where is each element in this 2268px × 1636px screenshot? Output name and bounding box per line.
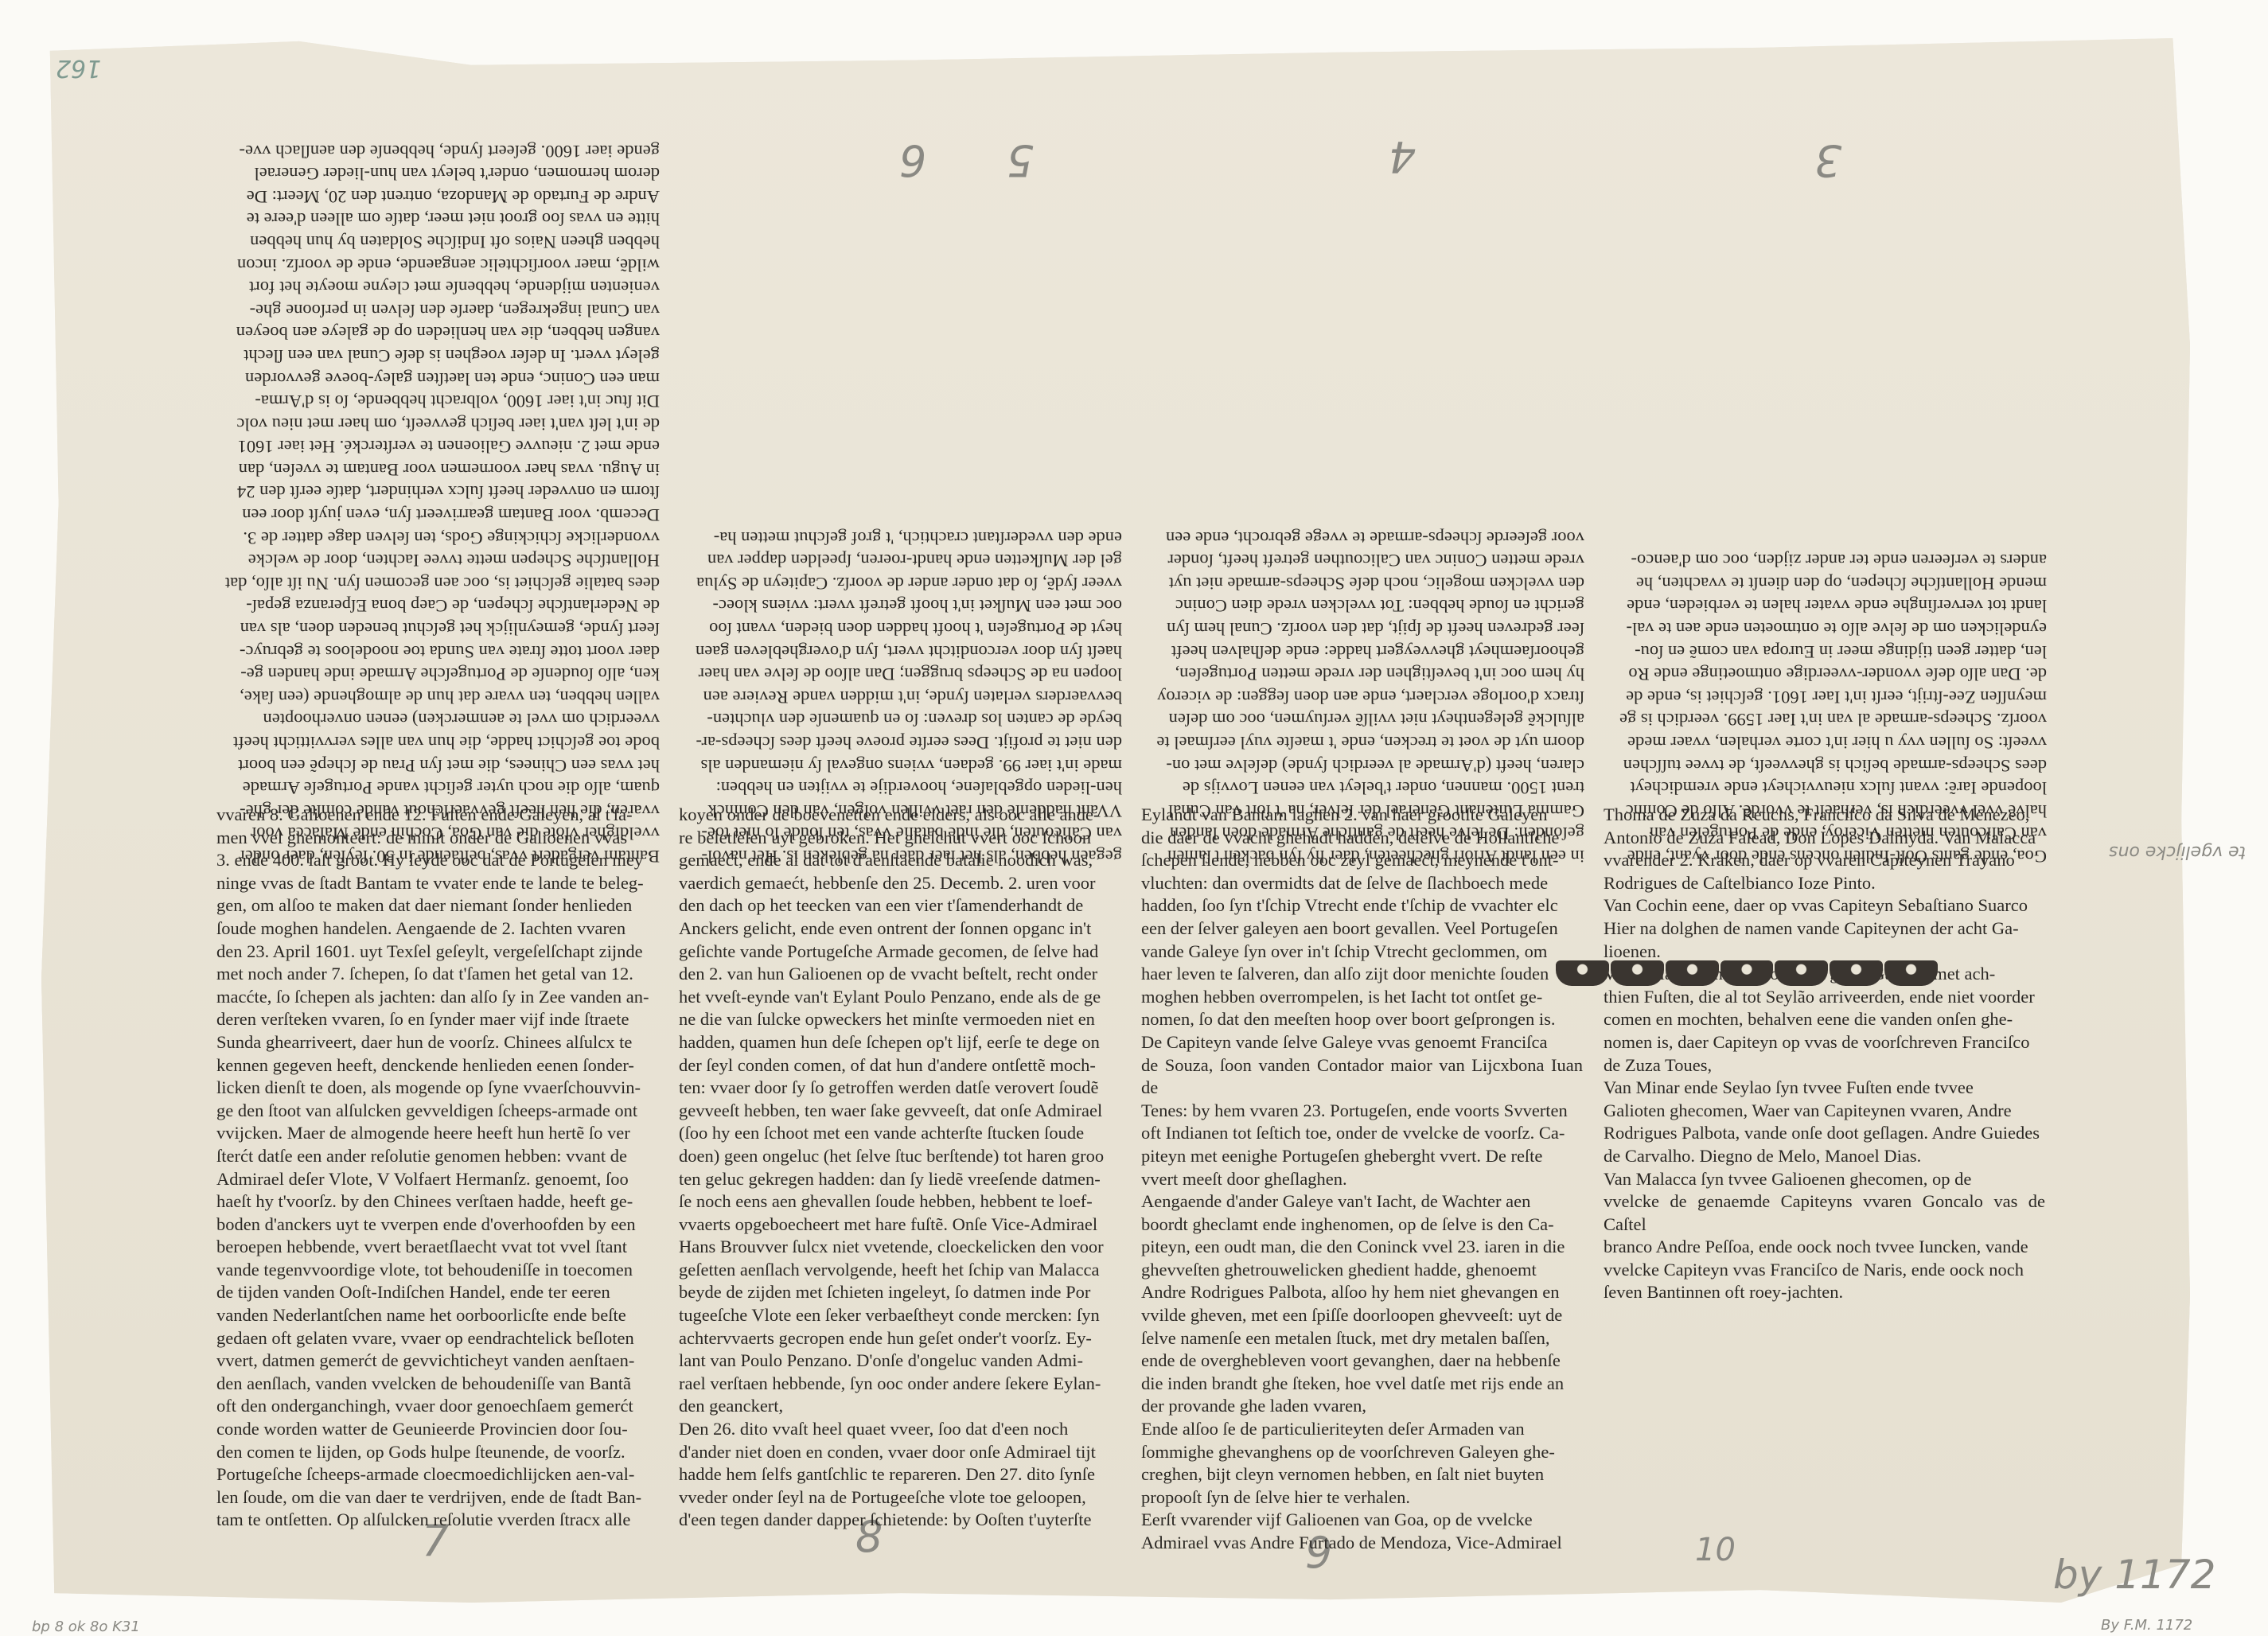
text-line: hy hem ooc in't beveſtighen der vrede me…: [1143, 663, 1584, 686]
text-line: ſchepen ſiende, hebben ooc zeyl gemaećt,…: [1141, 849, 1583, 872]
text-line: ende met 2. nieuvve Galioenen te verſter…: [218, 435, 660, 458]
text-line: claren, heeft (d'Armade al veerdich ſynd…: [1143, 754, 1584, 777]
text-line: wildẽ, maer voorſichtelic aengaende, end…: [218, 253, 660, 276]
text-line: in Augu. vvas haer voornemen voor Bantam…: [218, 458, 660, 481]
text-line: Van Malacca ſyn tvvee Galioenen ghecomen…: [1604, 1168, 2045, 1191]
text-line: gel der Muſketten ende handt-roeren, ſpe…: [680, 549, 1122, 572]
text-column-5: gegaen hebben, als het iaer daer na gebl…: [680, 139, 1122, 867]
text-line: vvert meeſt door gheſlaghen.: [1141, 1168, 1583, 1191]
text-line: die daer de vvacht ghehadt hadden, deſel…: [1141, 827, 1583, 850]
text-line: achtervvaerts gecropen ende hun geſet on…: [679, 1327, 1120, 1350]
text-line: tugeeſche Vlote een ſeker verbaeſtheyt c…: [679, 1304, 1120, 1327]
pencil-margin-note: te vgelijcke ons: [2109, 842, 2246, 862]
text-line: quam, alſo die noch uyter geſicht vande …: [218, 777, 660, 800]
text-line: vveder onder ſeyl na de Portugeeſche vlo…: [679, 1486, 1120, 1509]
text-line: den vvelcken mogelic, noch deſe Scheeps-…: [1143, 571, 1584, 594]
text-line: vvelcke de genaemde Capiteyns vvaren Gon…: [1604, 1190, 2045, 1236]
text-line: ſtorm en onvveder heeft ſulcx verhindert…: [218, 481, 660, 504]
text-line: licken dienſt te doen, als mogende op ſy…: [216, 1077, 658, 1100]
text-line: gehoorſaemheyt ghevveygert hadde: ende d…: [1143, 640, 1584, 663]
text-line: ende de overghebleven voort gevanghen, d…: [1141, 1350, 1583, 1373]
upper-text-block-inverted: Goa, ende gants Ooſt-Indien oncens ende …: [216, 139, 2047, 867]
fleuron-icon: [1884, 960, 1938, 986]
text-line: branco Andre Peſſoa, ende oock noch tvve…: [1604, 1236, 2045, 1259]
text-line: d'ander niet doen en conden, vvaer door …: [679, 1441, 1120, 1464]
text-line: doorn uyt de voet te trecken, ende 't ma…: [1143, 730, 1584, 754]
pencil-inventory-number: by 1172: [2053, 1552, 2215, 1598]
text-line: der provande ghe laden vvaren,: [1141, 1395, 1583, 1418]
text-line: meynſſen Zee-ſtrijt, eerſt in't Iaer 160…: [1605, 685, 2047, 708]
text-line: ge den ſtoot van alſulcken gevveldigen ſ…: [216, 1100, 658, 1123]
text-line: tam te ontſetten. Op alſulcken reſolutie…: [216, 1509, 658, 1532]
text-line: landt tot ververſinghe ende vvater halen…: [1605, 594, 2047, 617]
text-line: man een Coninc, ende ten laetſten galey-…: [218, 367, 660, 390]
text-line: vvaren 8. Galioenen ende 12. Fuſten ende…: [216, 804, 658, 827]
text-line: comen en mochten, behalven eene die vand…: [1604, 1008, 2045, 1031]
text-line: loopen na de Scheeps bruggen; Dan alſoo …: [680, 663, 1122, 686]
text-line: boden d'anckers uyt te vverpen ende d'ov…: [216, 1213, 658, 1237]
text-line: ooc met een Muſket in't hooft getreft vv…: [680, 594, 1122, 617]
text-line: een der ſelver galeyen aen boort gevalle…: [1141, 917, 1583, 941]
text-line: beyde de zijden met ſchieten ingeleyt, ſ…: [679, 1281, 1120, 1304]
text-line: de. Dan alſo deſe vvonder-vveerdige ontm…: [1605, 663, 2047, 686]
fleuron-icon: [1556, 960, 1609, 986]
text-line: Andre de Furtado de Mandoza, ontrent den…: [218, 185, 660, 208]
text-line: ten geluc gekregen hadden: dan ſy liedẽ …: [679, 1168, 1120, 1191]
text-line: Thoma de Zuza da Reuchs, Franciſco da Si…: [1604, 804, 2045, 827]
text-column-6: Bantam vergadert vvas, beſtaende in 30. …: [218, 139, 660, 867]
text-line: ſelve namenſe een metalen ſtuck, met dry…: [1141, 1327, 1583, 1350]
text-line: vveeſt: So ſullen vvy u hier in't corte …: [1605, 730, 2047, 754]
text-line: eyndelicken om de ſelve alſo te ontmoete…: [1605, 617, 2047, 640]
text-line: lant van Poulo Penzano. D'onſe d'ongeluc…: [679, 1350, 1120, 1373]
text-line: Hans Brouvver ſulcx niet vvetende, cloec…: [679, 1236, 1120, 1259]
text-line: gende iaer 1600. geſeert ſynde, hebbenſe…: [218, 139, 660, 162]
text-line: De Capiteyn vande ſelve Galeye vvas geno…: [1141, 1031, 1583, 1054]
text-line: vangen hebben, die van henlieden op de g…: [218, 321, 660, 345]
text-line: Hollantſche Schepen mette tvvee Iachten,…: [218, 549, 660, 572]
text-line: geſichte vande Portugeſche Armade gecome…: [679, 941, 1120, 964]
text-line: die inden brandt ghe ſteken, hoe vvel da…: [1141, 1373, 1583, 1396]
text-line: hadden, quamen hun deſe ſchepen op't lij…: [679, 1031, 1120, 1054]
text-line: hebben gheen Naios oft Indiſche Soldaten…: [218, 230, 660, 253]
text-line: de tijden vanden Ooſt-Indiſchen Handel, …: [216, 1281, 658, 1304]
text-line: daer voort totte ſtrate van Sunda toe no…: [218, 640, 660, 663]
text-line: doen) geen ongeluc (het ſelve ſtuc berſt…: [679, 1145, 1120, 1168]
text-line: mende Hollantſche ſchepen, op den dienſt…: [1605, 571, 2047, 594]
text-line: len, datter geen tijdinge meer in Europa…: [1605, 640, 2047, 663]
text-line: Van Cochin eene, daer op vvas Capiteyn S…: [1604, 894, 2045, 917]
text-line: Ende alſoo ſe de particulieriteyten deſe…: [1141, 1418, 1583, 1441]
text-line: dees batalie geſchiet is, ooc aen gecome…: [218, 571, 660, 594]
text-line: anders te verſeeren ende ter ander zijde…: [1605, 549, 2047, 572]
text-line: d'een tegen dander dapper ſchietende: by…: [679, 1509, 1120, 1532]
text-line: vveerdich om vvel te aenmercken) eenen o…: [218, 708, 660, 731]
text-line: bevvaerders verlaten ſynde, in't midden …: [680, 685, 1122, 708]
text-line: ne die van ſulcke opweckers het minſte v…: [679, 1008, 1120, 1031]
text-column-8: koyen onder de boevenetten ende elders, …: [679, 804, 1120, 1555]
text-line: hitte en vvas ſoo groot niet meer, datſe…: [218, 208, 660, 231]
text-line: vvilde gheven, met een ſpiſſe doorloopen…: [1141, 1304, 1583, 1327]
fleuron-icon: [1720, 960, 1774, 986]
text-line: de in't leſt van't iaer beſich gevveeſt,…: [218, 412, 660, 435]
text-line: hadden, ſoo ſyn t'ſchip Vtrecht ende t'ſ…: [1141, 894, 1583, 917]
text-line: vallen hebben, ten vvare dat hun de almo…: [218, 685, 660, 708]
text-line: Van Minar ende Seylao ſyn tvvee Fuſten e…: [1604, 1077, 2045, 1100]
text-line: gevveeſt hebben, ten waer ſake gevveeſt,…: [679, 1100, 1120, 1123]
text-line: piteyn, een oudt man, die den Coninck vv…: [1141, 1236, 1583, 1259]
text-line: Admirael vvas Andre Furtado de Mendoza, …: [1141, 1532, 1583, 1555]
text-line: ghevveſten ghetrouwelicken ghedient hadd…: [1141, 1259, 1583, 1282]
text-line: de Zuza Toues,: [1604, 1054, 2045, 1077]
text-line: vvonderlicke ſchickinge Gods, ten ſelven…: [218, 526, 660, 549]
text-column-7: vvaren 8. Galioenen ende 12. Fuſten ende…: [216, 804, 658, 1555]
text-line: vvert, datmen gemerćt de gevvichticheyt …: [216, 1350, 658, 1373]
text-line: vrede metten Coninc van Calicouthen getr…: [1143, 549, 1584, 572]
text-line: Hier na dolghen de namen vande Capiteyne…: [1604, 917, 2045, 941]
text-column-3: Goa, ende gants Ooſt-Indien oncens ende …: [1605, 139, 2047, 867]
text-line: beroepen hebbende, vvert beraetſlaecht v…: [216, 1236, 658, 1259]
text-line: voor geſeerde ſcheeps-armade te vvege ge…: [1143, 526, 1584, 549]
text-line: trent 1500. mannen, onder t'beleyt van e…: [1143, 777, 1584, 800]
text-line: den aenſlach, vanden vvelcken de behoude…: [216, 1373, 658, 1396]
text-line: ſoude moghen handelen. Aengaende de 2. I…: [216, 917, 658, 941]
text-line: hadde hem ſelfs gantſchlic te repareren.…: [679, 1463, 1120, 1486]
text-line: vaerdich gemaećt, hebbenſe den 25. Decem…: [679, 872, 1120, 895]
text-line: oft den onderganchingh, vvaer door genoe…: [216, 1395, 658, 1418]
text-line: ſeven Bantinnen oft roey-jachten.: [1604, 1281, 2045, 1304]
text-line: Andre Rodrigues Palbota, alſoo hy hem ni…: [1141, 1281, 1583, 1304]
text-line: Galioten ghecomen, Waer van Capiteynen v…: [1604, 1100, 2045, 1123]
text-line: Decemb. voor Bantam gearriveert ſyn, eve…: [218, 504, 660, 527]
text-line: derom hernomen, onder't beleyt van hun-l…: [218, 162, 660, 185]
text-line: moghen hebben overrompelen, is het Iacht…: [1141, 986, 1583, 1009]
text-line: piteyn met eenighe Portugeſen gheberght …: [1141, 1145, 1583, 1168]
text-line: conde worden watter de Geunieerde Provin…: [216, 1418, 658, 1441]
text-line: nomen is, daer Capiteyn op vvas de voorſ…: [1604, 1031, 2045, 1054]
text-line: Anckers gelicht, ende even ontrent der ſ…: [679, 917, 1120, 941]
text-line: ſeert ſynde, gemeynlijck het geſchut ben…: [218, 617, 660, 640]
text-line: loopende Iarẽ: vvant ſulcx nieuvvicheyt …: [1605, 777, 2047, 800]
text-line: Rodrigues Palbota, vande onſe doot geſla…: [1604, 1122, 2045, 1145]
text-line: koyen onder de boevenetten ende elders, …: [679, 804, 1120, 827]
mount-inscription-right: By F.M. 1172: [2101, 1617, 2192, 1634]
text-line: ſtracx d'oorloge verclaert, ende aen doe…: [1143, 685, 1584, 708]
text-line: haer leven te ſalveren, dan alſo zijt do…: [1141, 963, 1583, 986]
text-column-9: Eylandt van Bantam laghen 2. van haer gr…: [1141, 804, 1583, 1555]
text-line: gemaećt, ende al dat tot d'aenſtaende ba…: [679, 849, 1120, 872]
text-line: Admirael deſer Vlote, V Volfaert Hermanſ…: [216, 1168, 658, 1191]
text-line: vvarender 2. Kraken, daer op vvaren Capi…: [1604, 849, 2045, 872]
text-line: ten: vvaer door ſy ſo getroffen werden d…: [679, 1077, 1120, 1100]
text-line: rael verſtaen hebbende, ſyn ooc onder an…: [679, 1373, 1120, 1396]
text-line: der ſeyl conden comen, of dat hun d'ande…: [679, 1054, 1120, 1077]
text-line: vvelcke Capiteyn vvas Franciſco de Naris…: [1604, 1259, 2045, 1282]
text-line: macćte, ſo ſchepen als jachten: dan alſo…: [216, 986, 658, 1009]
text-line: boordt gheclamt ende inghenomen, op de ſ…: [1141, 1213, 1583, 1237]
text-column-10: Thoma de Zuza da Reuchs, Franciſco da Si…: [1604, 804, 2045, 1555]
text-line: nomen, ſo dat den meeſten hoop over boor…: [1141, 1008, 1583, 1031]
text-line: Sunda ghearriveert, daer hun de voorſz. …: [216, 1031, 658, 1054]
text-line: dees Scheeps-armade beſich is ghevveeſt,…: [1605, 754, 2047, 777]
text-line: Eylandt van Bantam laghen 2. van haer gr…: [1141, 804, 1583, 827]
text-line: creghen, bijt cleyn vernomen hebben, en …: [1141, 1463, 1583, 1486]
text-line: met noch ander 7. ſchepen, ſo dat t'ſame…: [216, 963, 658, 986]
text-line: len ſoude, om die van daer te verdrijven…: [216, 1486, 658, 1509]
text-line: den niet te profijt. Dees eerſte proeve …: [680, 730, 1122, 754]
text-line: lioenen.: [1604, 941, 2045, 964]
text-line: ſe noch eens aen ghevallen ſoude hebben,…: [679, 1190, 1120, 1213]
text-line: ſterćt datſe een ander reſolutie genomen…: [216, 1145, 658, 1168]
text-line: den 2. van hun Galioenen op de vvacht be…: [679, 963, 1120, 986]
text-line: het vveſt-eynde van't Eylant Poulo Penza…: [679, 986, 1120, 1009]
text-line: oft Indianen tot ſeſtich toe, onder de v…: [1141, 1122, 1583, 1145]
text-line: ken, alſo ſoudenſe de Portugeſche Armade…: [218, 663, 660, 686]
text-line: kennen gegeven heeft, denckende henliede…: [216, 1054, 658, 1077]
text-line: Portugeſche ſcheeps-armade cloecmoedichl…: [216, 1463, 658, 1486]
text-line: venienten mijdende, hebbenſe met cleyne …: [218, 276, 660, 299]
fleuron-icon: [1830, 960, 1883, 986]
text-line: vanden Nederlantſchen name het oorboorli…: [216, 1304, 658, 1327]
text-line: het vvas een Chinees, die met ſyn Prau d…: [218, 754, 660, 777]
text-line: gedaen oft gelaten vvare, vvaer op eendr…: [216, 1327, 658, 1350]
text-line: gen, om alſoo te maken dat daer niemant …: [216, 894, 658, 917]
text-line: 3. ende 400. laſt groot. Hy ſeyde ooc da…: [216, 849, 658, 872]
fleuron-icon: [1775, 960, 1828, 986]
text-line: den geanckert,: [679, 1395, 1120, 1418]
text-line: Dit ſtuc in't iaer 1600, volbracht hebbe…: [218, 390, 660, 413]
printers-ornament-border: [1556, 960, 1938, 992]
text-line: ſeer gedreven heeft de ſpijt, dat den vo…: [1143, 617, 1584, 640]
text-line: haeſt hy t'voorſz. by den Chinees verſta…: [216, 1190, 658, 1213]
text-column-4: in een landt Ariori ghecheeten, daer hy …: [1143, 139, 1584, 867]
text-line: vande Galeye ſyn over in't ſchip Vtrecht…: [1141, 941, 1583, 964]
text-line: vveer ſydẽ, ſo dat onder ander de voorſz…: [680, 571, 1122, 594]
text-line: van Cunal ingekregen, daerſe den ſelven …: [218, 298, 660, 321]
text-line: voorſz. Scheeps-armade al van in't Iaer …: [1605, 708, 2047, 731]
text-line: vluchten: dan overmidts dat de ſelve de …: [1141, 872, 1583, 895]
text-line: de Souza, ſoon vanden Contador maior van…: [1141, 1054, 1583, 1100]
lower-text-block: vvaren 8. Galioenen ende 12. Fuſten ende…: [216, 804, 2047, 1555]
text-line: Den 26. dito vvaſt heel quaet vveer, ſoo…: [679, 1418, 1120, 1441]
pencil-annotation-top-left: 162: [56, 54, 101, 82]
text-line: hen-lieden opgeblaſene, hooverdije te vv…: [680, 777, 1122, 800]
text-line: propooſt ſyn de ſelve hier te verhalen.: [1141, 1486, 1583, 1509]
text-line: ende den vvederſtant crachtich, 't grof …: [680, 526, 1122, 549]
text-line: Antonio de Zuza Falead, Don Lopes Dalmyd…: [1604, 827, 2045, 850]
text-line: deren verſteken vvaren, ſo en ſynder mae…: [216, 1008, 658, 1031]
text-line: Eerſt vvarender vijf Galioenen van Goa, …: [1141, 1509, 1583, 1532]
text-line: de Nederlantſche ſchepen, de Caep bona E…: [218, 594, 660, 617]
text-line: ſommighe ghevanghens op de voorſchreven …: [1141, 1441, 1583, 1464]
text-line: Tenes: by hem vvaren 23. Portugeſen, end…: [1141, 1100, 1583, 1123]
text-line: gericht en ſoude hebben: Tot vvelcken vr…: [1143, 594, 1584, 617]
text-line: bode toe geſchict hadde, die hun van all…: [218, 730, 660, 754]
text-line: geleyt vvert. In deſer voeghen is deſe C…: [218, 344, 660, 367]
text-line: Rodrigues de Caſtelbianco Ioze Pinto.: [1604, 872, 2045, 895]
text-line: den 23. April 1601. uyt Texſel geſeylt, …: [216, 941, 658, 964]
text-line: vvaerts opgeboecheert met hare fuſtẽ. On…: [679, 1213, 1120, 1237]
text-line: made in't iaer 99. gedaen, vviens ongeva…: [680, 754, 1122, 777]
text-line: (ſoo hy een ſchoot met een vande achterſ…: [679, 1122, 1120, 1145]
fleuron-icon: [1666, 960, 1719, 986]
mount-inscription-left: bp 8 ok 8o K31: [32, 1618, 140, 1635]
text-line: den dach op het teecken van een vier t'ſ…: [679, 894, 1120, 917]
text-line: de Carvalho. Diegno de Melo, Manoel Dias…: [1604, 1145, 2045, 1168]
text-line: Aengaende d'ander Galeye van't Iacht, de…: [1141, 1190, 1583, 1213]
text-line: vande tegenvvoordige vlote, tot behouden…: [216, 1259, 658, 1282]
text-line: alſulckẽ gelegentheyt niet vvilſẽ verſuy…: [1143, 708, 1584, 731]
text-line: geſetten aenſlach vervolgende, heeft het…: [679, 1259, 1120, 1282]
text-line: ninge vvas de ſtadt Bantam te vvater end…: [216, 872, 658, 895]
fleuron-icon: [1611, 960, 1664, 986]
text-line: den comen te lijden, op Gods hulpe ſteun…: [216, 1441, 658, 1464]
text-line: beyde de canten los dreven: ſo en quamen…: [680, 708, 1122, 731]
text-line: vvijcken. Maer de almogende heere heeft …: [216, 1122, 658, 1145]
text-line: haeſt ſyn door verconditcht vvert, ſyn d…: [680, 640, 1122, 663]
text-line: heyt de Portugeſen 't hooft hadden doen …: [680, 617, 1122, 640]
text-line: men vvel ghemonteert: de minſt onder de …: [216, 827, 658, 850]
text-line: re beletſelen uyt gebroken. Het gheſchut…: [679, 827, 1120, 850]
